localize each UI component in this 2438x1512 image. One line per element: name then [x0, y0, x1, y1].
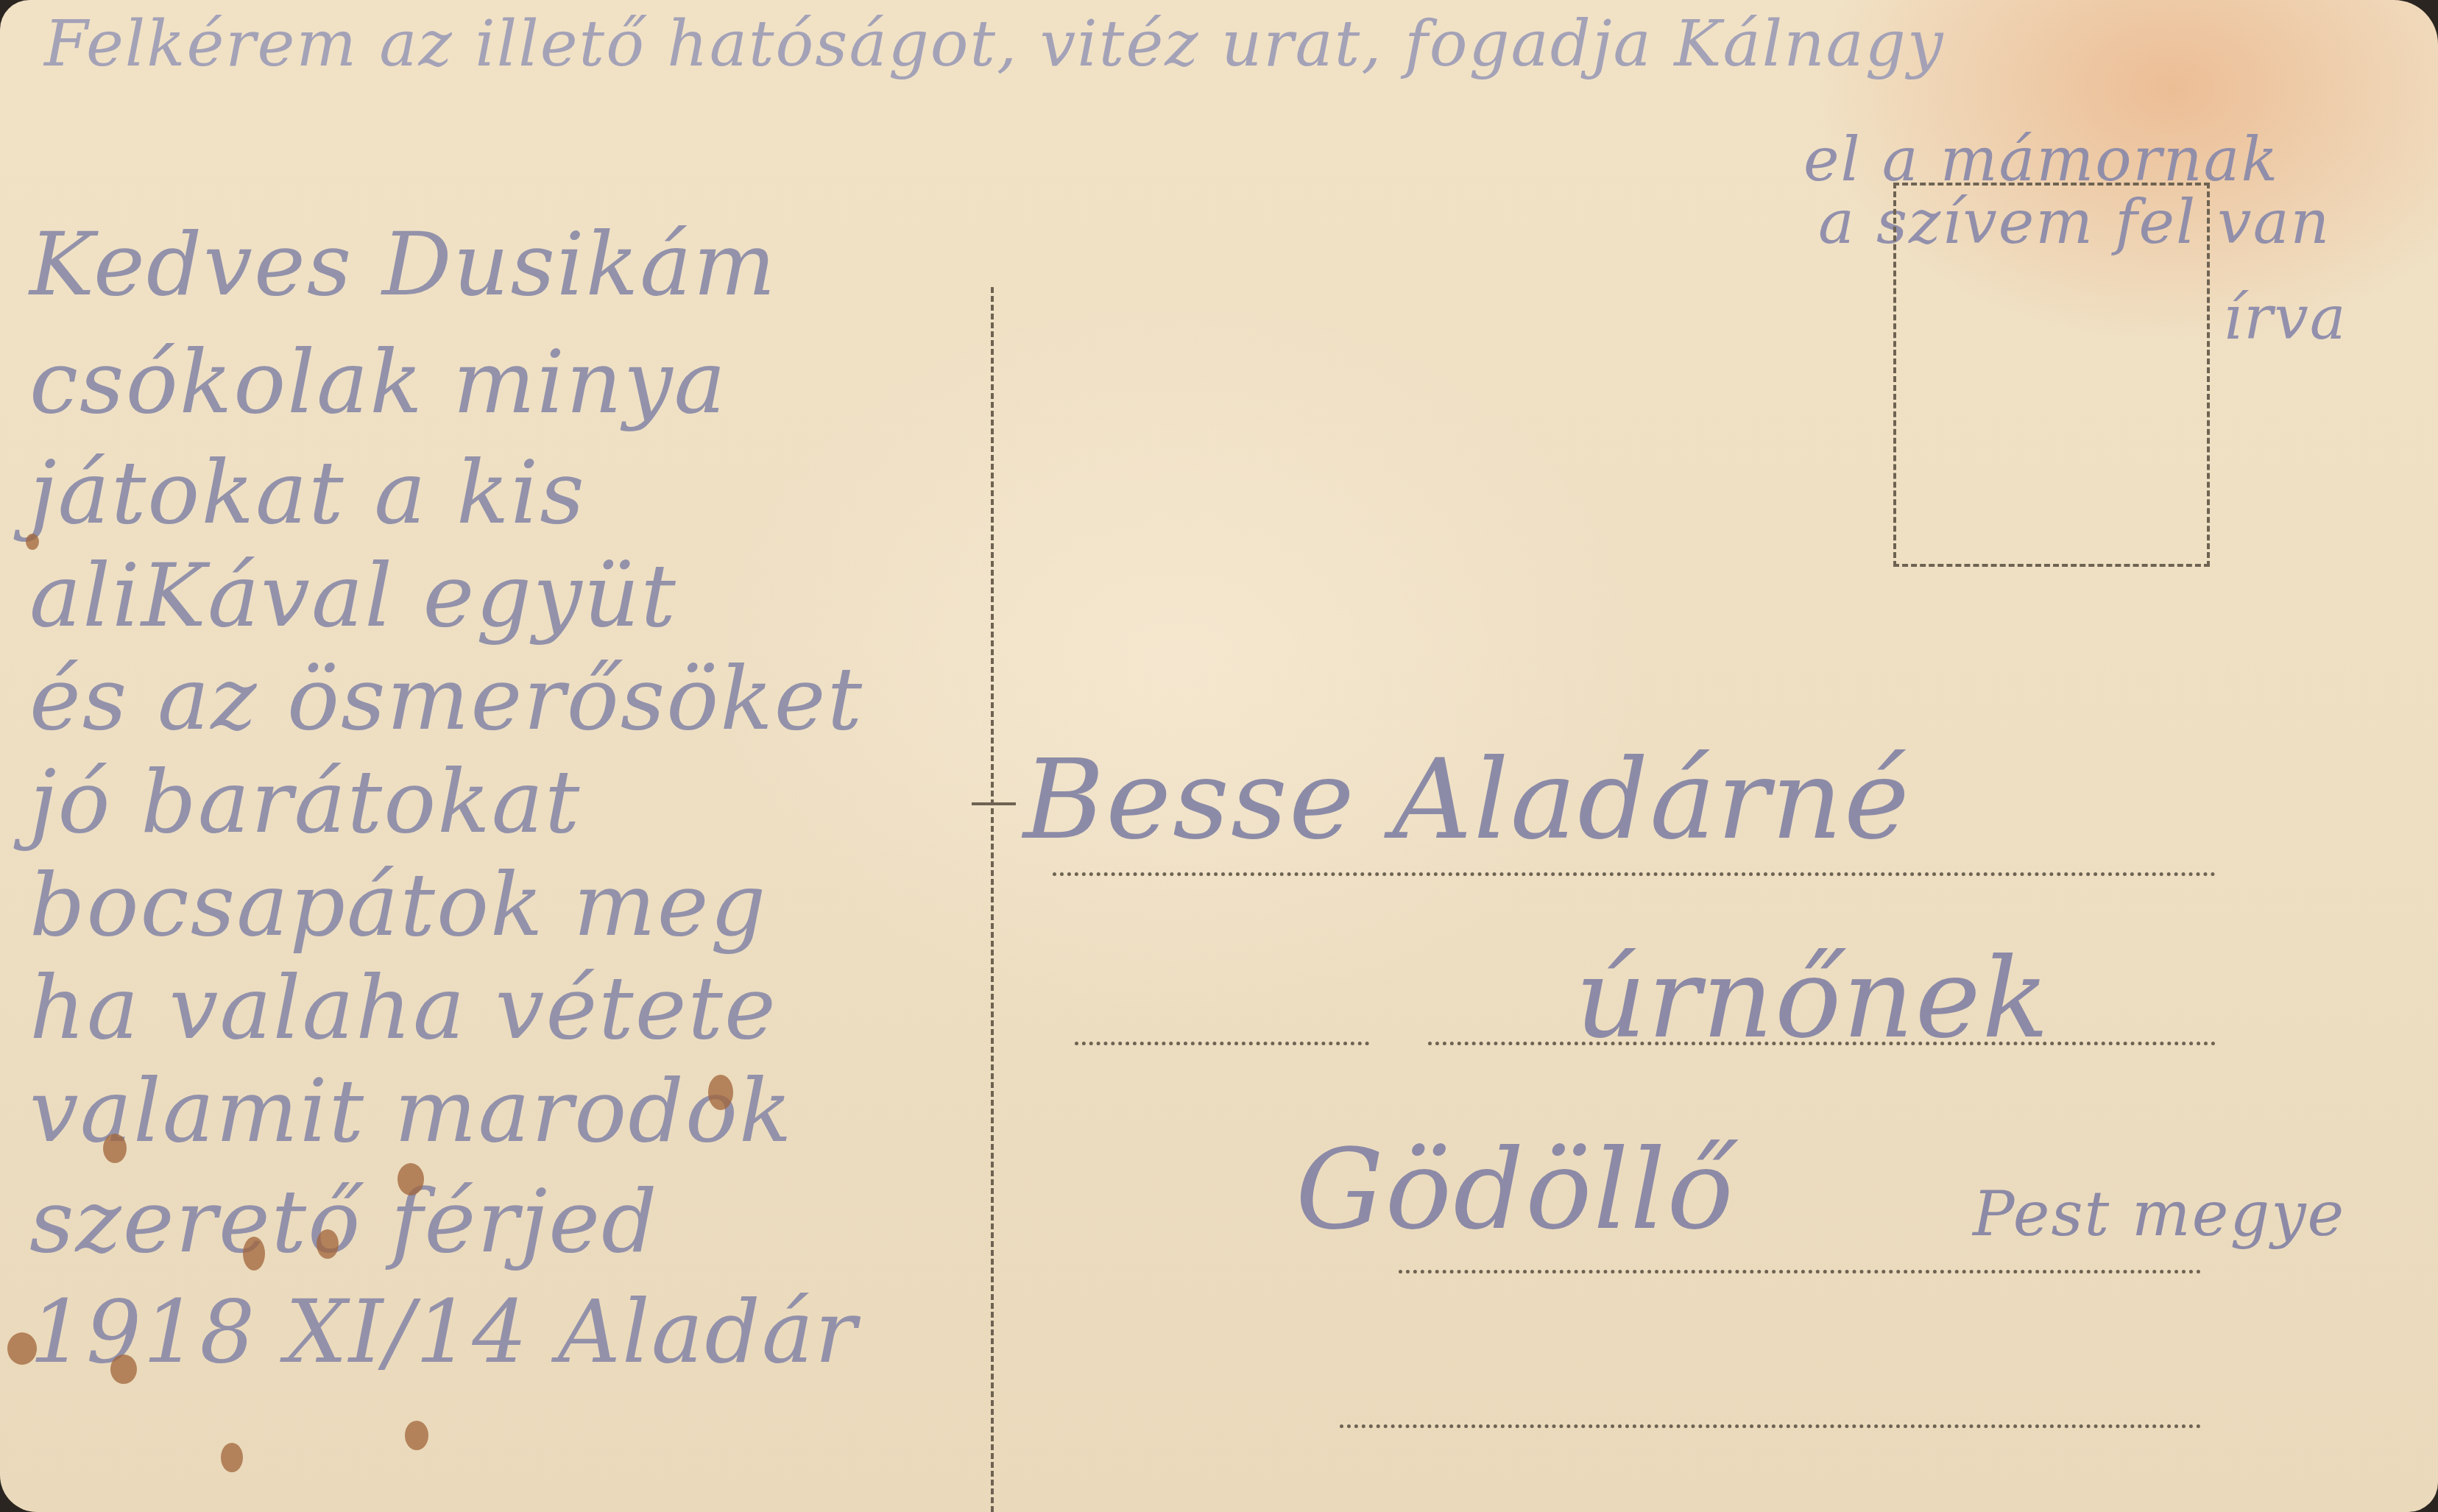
- stain: [221, 1443, 243, 1472]
- stain: [110, 1354, 137, 1384]
- stain: [243, 1237, 265, 1271]
- stain: [405, 1421, 428, 1450]
- address-line-2b: [1428, 1042, 2216, 1045]
- message-line: 1918 XI/14 Aladár: [29, 1281, 858, 1382]
- stain: [397, 1163, 424, 1195]
- address-line-2a: [1075, 1042, 1369, 1045]
- message-line: játokat a kis: [29, 442, 586, 543]
- recipient-county: Pest megye: [1973, 1178, 2345, 1250]
- message-line: aliKával együt: [29, 545, 677, 646]
- stain: [26, 534, 39, 550]
- address-line-1: [1053, 872, 2216, 876]
- stain: [7, 1332, 37, 1365]
- message-line: valamit marodok: [29, 1060, 793, 1162]
- message-line: csókolak minya: [29, 331, 727, 433]
- recipient-name: Besse Aladárné: [1023, 736, 1911, 864]
- recipient-city: Gödöllő: [1296, 1126, 1735, 1254]
- address-line-4: [1340, 1424, 2201, 1428]
- address-line-3: [1399, 1270, 2201, 1273]
- message-line: jó barátokat: [29, 751, 582, 852]
- message-line: Kedves Dusikám: [29, 213, 777, 315]
- postcard: Felkérem az illető hatóságot, vitéz urat…: [0, 0, 2438, 1512]
- message-line: és az ösmerősöket: [29, 648, 863, 749]
- corner-note-line-3: írva: [2223, 283, 2347, 353]
- message-line: bocsapátok meg: [29, 854, 767, 955]
- stamp-placeholder-box: [1893, 183, 2210, 567]
- stain: [708, 1075, 733, 1110]
- message-address-divider: [991, 287, 994, 1512]
- stain: [103, 1134, 127, 1163]
- message-line: ha valaha vétete: [29, 957, 777, 1059]
- top-margin-note: Felkérem az illető hatóságot, vitéz urat…: [44, 7, 1945, 81]
- message-line: szerető férjed: [29, 1170, 659, 1272]
- divider-tick: [972, 802, 1016, 805]
- stain: [317, 1229, 339, 1259]
